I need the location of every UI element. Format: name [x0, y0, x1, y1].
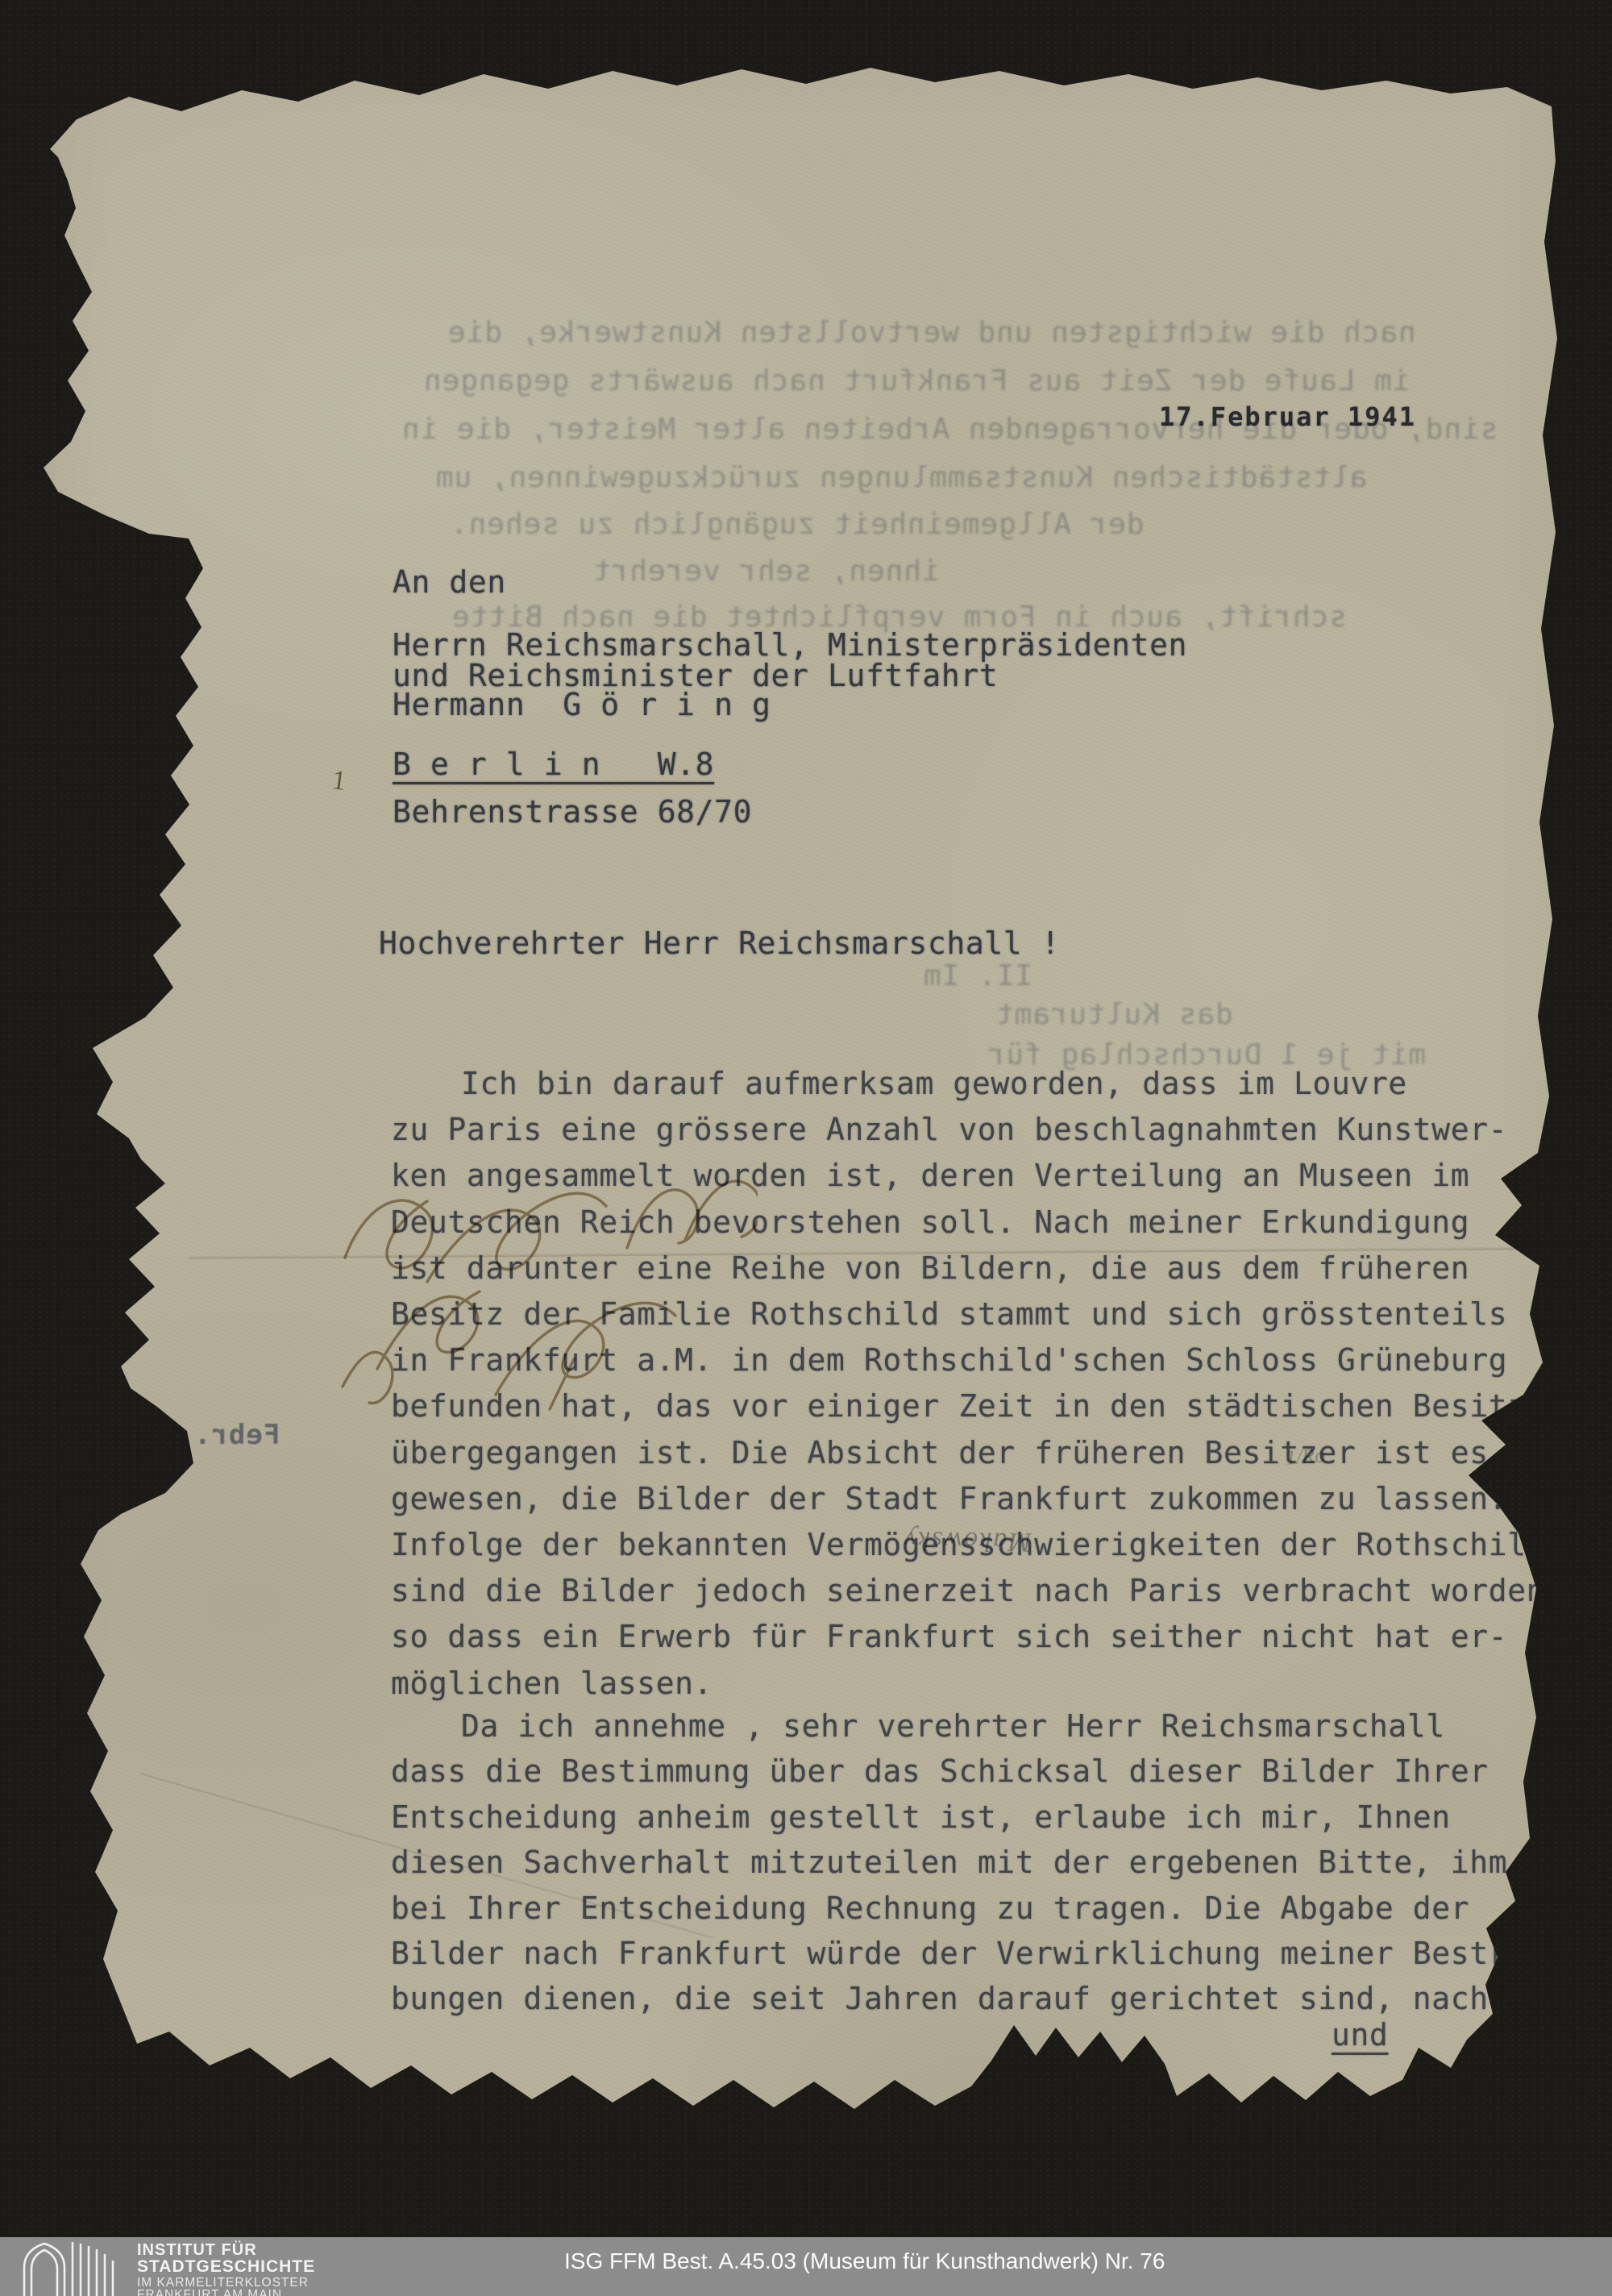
recipient-line: An den — [393, 564, 506, 600]
body-line: dass die Bestimmung über das Schicksal d… — [391, 1753, 1489, 1789]
bleedthrough-line: das Kulturamt — [995, 998, 1233, 1031]
salutation-line: Hochverehrter Herr Reichsmarschall ! — [379, 925, 1060, 961]
bleedthrough-line: der Allgemeinheit zugänglich zu sehen. — [450, 508, 1145, 541]
body-line: Deutschen Reich bevorstehen soll. Nach m… — [391, 1204, 1469, 1240]
body-line: sind die Bilder jedoch seinerzeit nach P… — [391, 1573, 1545, 1608]
address-city-line: B e r l i n W.8 — [393, 747, 714, 782]
bleedthrough-line: II. Im — [923, 959, 1032, 992]
body-line: bungen dienen, die seit Jahren darauf ge… — [391, 1981, 1489, 2016]
bleedthrough-line: altstädtischen Kunstsammlungen zurückzug… — [435, 461, 1367, 494]
body-line: diesen Sachverhalt mitzuteilen mit der e… — [391, 1845, 1507, 1880]
body-line: so dass ein Erwerb für Frankfurt sich se… — [391, 1619, 1507, 1654]
bleedthrough-line: im Laufe der Zeit aus Frankfurt nach aus… — [423, 364, 1410, 397]
body-line: Bilder nach Frankfurt würde der Verwirkl… — [391, 1936, 1545, 1971]
archive-reference-caption: ISG FFM Best. A.45.03 (Museum für Kunsth… — [564, 2248, 1165, 2274]
institution-name-line1: INSTITUT FÜR — [137, 2242, 257, 2258]
letter-scan-paper: 17.Februar 1941An denHerrn Reichsmarscha… — [0, 0, 1612, 2296]
bleedthrough-margin-note: Febr. — [193, 1419, 280, 1451]
bleedthrough-line: sind, oder die hervorragenden Arbeiten a… — [401, 413, 1498, 446]
pencil-note-upside-down: Makowsky — [903, 1524, 1032, 1558]
body-line: Da ich annehme , sehr verehrter Herr Rei… — [461, 1708, 1445, 1744]
body-line: Entscheidung anheim gestellt ist, erlaub… — [391, 1799, 1451, 1835]
bleedthrough-line: mit je 1 Durchschlag für — [987, 1038, 1426, 1071]
bleedthrough-line: nach die wichtigsten und wertvollsten Ku… — [447, 316, 1416, 349]
body-line: Besitz der Familie Rothschild stammt und… — [391, 1296, 1507, 1332]
institution-name-line4: FRANKFURT AM MAIN — [137, 2289, 282, 2296]
institution-name-line2: STADTGESCHICHTE — [137, 2258, 315, 2275]
margin-ink-mark: 1 — [330, 765, 348, 797]
body-line: in Frankfurt a.M. in dem Rothschild'sche… — [391, 1342, 1507, 1378]
bleedthrough-line: schrift, auch in Form verpflichtet die n… — [451, 601, 1347, 634]
archival-scan-page: 17.Februar 1941An denHerrn Reichsmarscha… — [0, 0, 1612, 2296]
bleedthrough-line: ihnen, sehr verehrt — [592, 555, 940, 588]
body-line: ist darunter eine Reihe von Bildern, die… — [391, 1250, 1469, 1286]
body-line: bei Ihrer Entscheidung Rechnung zu trage… — [391, 1890, 1469, 1926]
body-line: möglichen lassen. — [391, 1666, 713, 1701]
recipient-line: Hermann G ö r i n g — [393, 687, 771, 722]
catchword-line: und — [1332, 2017, 1388, 2053]
body-line: gewesen, die Bilder der Stadt Frankfurt … — [391, 1481, 1507, 1516]
institut-stadtgeschichte-arch-icon — [18, 2240, 124, 2296]
pencil-note-small: 1/Ro — [1285, 1443, 1326, 1470]
body-line: zu Paris eine grössere Anzahl von beschl… — [391, 1112, 1507, 1147]
address-street-line: Behrenstrasse 68/70 — [393, 794, 752, 830]
body-line: ken angesammelt worden ist, deren Vertei… — [391, 1158, 1469, 1193]
body-line: befunden hat, das vor einiger Zeit in de… — [391, 1388, 1527, 1424]
